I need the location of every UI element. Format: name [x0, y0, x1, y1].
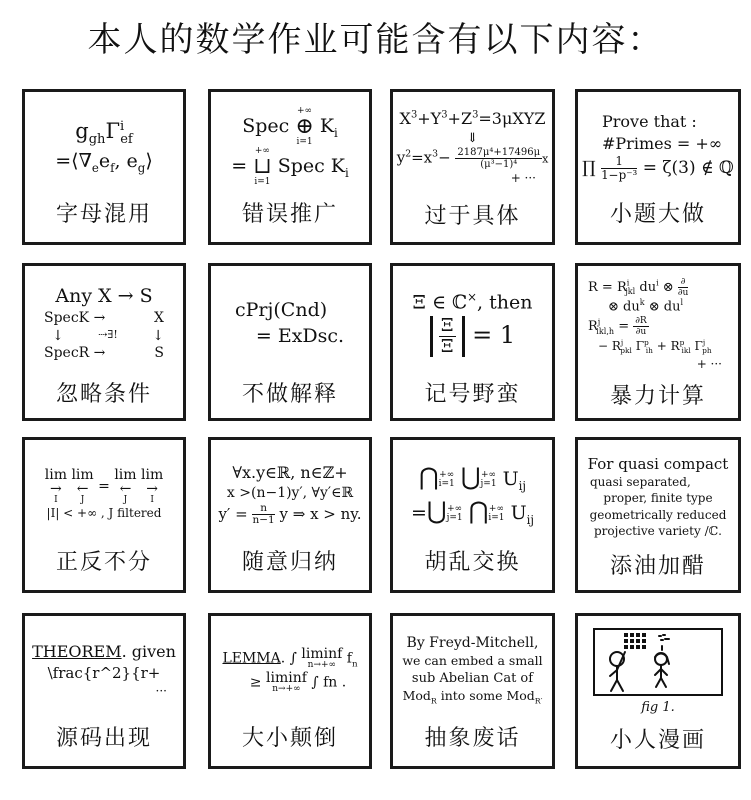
ellipsis: + ··· [697, 356, 732, 372]
formula-line: Any X → S [55, 284, 152, 310]
panel-direction-confusion: lim→I lim←J = lim←J lim→I |I| < +∞ , J f… [22, 437, 186, 593]
panel-overkill: Prove that : #Primes = +∞ ∏ 11−p⁻³ = ζ(3… [575, 89, 741, 245]
formula-line: Prove that : [584, 111, 697, 133]
formula-line: ΞΞ = 1 [430, 316, 515, 357]
formula-line: x >(n−1)y′, ∀y′∈ℝ [227, 484, 353, 503]
panel-caption: 错误推广 [242, 197, 338, 228]
panel-caption: 抽象废话 [424, 721, 520, 752]
panel-no-explanation: cPrj(Cnd) = ExDsc. 不做解释 [208, 263, 372, 421]
formula-line: − Rjpkl Γpih + Rpikl Γjph [588, 338, 712, 356]
panel-brute-force: R = Rijkl dui ⊗ ∂∂u ⊗ duk ⊗ dul Rjikl,h … [575, 263, 741, 421]
panel-embellishment: For quasi compact quasi separated, prope… [575, 437, 741, 593]
stick-figures-icon [595, 630, 721, 694]
formula-line: proper, finite type [603, 490, 712, 506]
implies-arrow: ⇓ [467, 130, 478, 148]
panel-mixed-letters: gghΓief =⟨∇eef, eg⟩ 字母混用 [22, 89, 186, 245]
formula-line: ⊗ duk ⊗ dul [588, 298, 683, 316]
panel-caption: 胡乱交换 [424, 545, 520, 576]
ellipsis: + ··· [511, 170, 546, 186]
panel-barbaric-notation: Ξ ∈ ℂ×, then ΞΞ = 1 记号野蛮 [390, 263, 555, 421]
panel-ignore-conditions: Any X → S SpecK →X ↓⇢∃!↓ SpecR →S 忽略条件 [22, 263, 186, 421]
panel-caption: 添油加醋 [610, 549, 706, 580]
formula-line: sub Abelian Cat of [412, 670, 533, 688]
formula-line: ⋂+∞i=1 ⋃+∞j=1 Uij [419, 461, 526, 495]
panel-caption: 忽略条件 [56, 377, 152, 408]
formula-line: \frac{r^2}{r+ [48, 663, 161, 683]
panel-caption: 小题大做 [610, 197, 706, 228]
formula-line: lim→I lim←J = lim←J lim→I [45, 468, 163, 505]
panel-caption: 随意归纳 [242, 545, 338, 576]
formula-line: geometrically reduced [590, 507, 727, 523]
formula-line: Ξ ∈ ℂ×, then [413, 290, 533, 316]
comic-frame [593, 628, 723, 696]
panel-random-swap: ⋂+∞i=1 ⋃+∞j=1 Uij =⋃+∞j=1 ⋂+∞i=1 Uij 胡乱交… [390, 437, 555, 593]
formula-line: = +∞⊔i=1 Spec Ki [231, 147, 349, 187]
formula-line: ModR into some ModR′ [403, 688, 543, 707]
panel-too-specific: X3+Y3+Z3=3μXYZ ⇓ y2=x3− 2187μ⁴+17496μ(μ³… [390, 89, 555, 245]
page-title: 本人的数学作业可能含有以下内容： [0, 12, 751, 61]
panel-caption: 不做解释 [242, 377, 338, 408]
formula-line: we can embed a small [402, 653, 542, 670]
formula-line: =⋃+∞j=1 ⋂+∞i=1 Uij [411, 495, 534, 529]
ellipsis: ··· [156, 683, 177, 699]
panel-caption: 小人漫画 [610, 723, 706, 754]
formula-line: For quasi compact [588, 454, 729, 474]
formula-line: Spec +∞⊕i=1 Ki [242, 107, 338, 147]
formula-line: quasi separated, [584, 474, 691, 490]
formula-line: By Freyd-Mitchell, [407, 634, 539, 653]
panel-inequality-reversed: LEMMA. ∫ liminfn→+∞ fn ≥ liminfn→+∞ ∫ fn… [208, 613, 372, 769]
panel-arbitrary-induction: ∀x.y∈ℝ, n∈ℤ+ x >(n−1)y′, ∀y′∈ℝ y′ = nn−1… [208, 437, 372, 593]
formula-line: gghΓief [75, 117, 132, 149]
formula-line: Rjikl,h = ∂R∂u [588, 316, 649, 337]
formula-line: R = Rijkl dui ⊗ ∂∂u [588, 277, 688, 298]
panel-caption: 大小颠倒 [242, 721, 338, 752]
formula-line: y′ = nn−1 y ⇒ x > ny. [218, 503, 361, 527]
formula-line: LEMMA. ∫ liminfn→+∞ fn [222, 647, 357, 671]
formula-line: ∀x.y∈ℝ, n∈ℤ+ [232, 462, 347, 484]
panel-caption: 字母混用 [56, 197, 152, 228]
formula-line: = ExDsc. [236, 324, 344, 350]
formula-line: X3+Y3+Z3=3μXYZ [400, 108, 546, 130]
formula-line: =⟨∇eef, eg⟩ [55, 149, 152, 177]
panel-abstract-nonsense: By Freyd-Mitchell, we can embed a small … [390, 613, 555, 769]
panel-wrong-generalization: Spec +∞⊕i=1 Ki = +∞⊔i=1 Spec Ki 错误推广 [208, 89, 372, 245]
panel-source-code: THEOREM. given \frac{r^2}{r+ ··· 源码出现 [22, 613, 186, 769]
panel-caption: 过于具体 [424, 199, 520, 230]
panel-caption: 记号野蛮 [424, 377, 520, 408]
formula-line: |I| < +∞ , J filtered [47, 505, 162, 521]
formula-line: ≥ liminfn→+∞ ∫ fn . [234, 671, 346, 694]
figure-caption: fig 1. [641, 700, 675, 715]
panel-caption: 暴力计算 [610, 379, 706, 410]
panel-caption: 源码出现 [56, 721, 152, 752]
panel-caption: 正反不分 [56, 545, 152, 576]
formula-line: THEOREM. given [32, 641, 176, 663]
formula-line: cPrj(Cnd) [217, 298, 327, 324]
commutative-diagram: SpecK →X ↓⇢∃!↓ SpecR →S [44, 310, 164, 363]
formula-line: ∏ 11−p⁻³ = ζ(3) ∉ ℚ [582, 155, 734, 182]
formula-line: projective variety /ℂ. [594, 523, 722, 539]
panel-stick-comic: fig 1. 小人漫画 [575, 613, 741, 769]
formula-line: y2=x3− 2187μ⁴+17496μ(μ³−1)⁴x [397, 147, 549, 170]
formula-line: #Primes = +∞ [584, 133, 722, 155]
